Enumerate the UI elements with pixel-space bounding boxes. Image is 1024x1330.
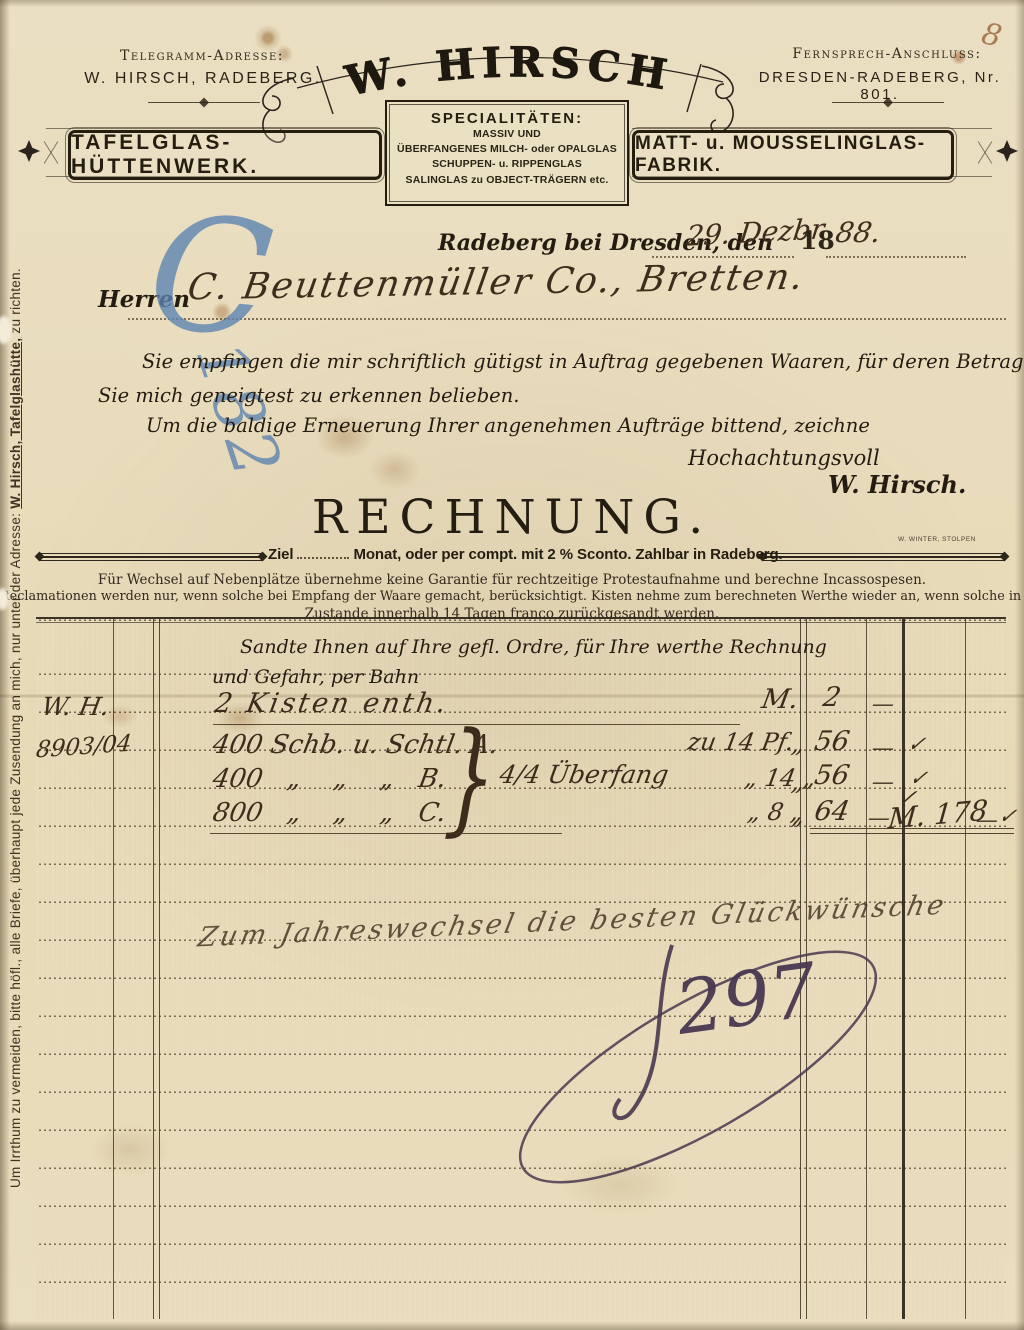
margin-note: Um Irrthum zu vermeiden, bitte höfl., al…	[8, 238, 23, 1188]
row2-checkmark: ✓	[906, 732, 928, 756]
specialties-line: SCHUPPEN- u. RIPPENGLAS	[390, 157, 624, 172]
invoice-scan-page: Telegramm-Adresse: W. HIRSCH, RADEBERG. …	[0, 0, 1024, 1330]
printer-credit: W. WINTER, STOLPEN	[898, 536, 976, 543]
addressee-name-handwritten: C. Beuttenmüller Co., Bretten.	[185, 257, 808, 309]
brace-note: 4/4 Überfang	[497, 760, 670, 789]
specialties-line: MASSIV UND	[390, 127, 624, 142]
right-factory-box: MATT- u. MOUSSELINGLAS-FABRIK.	[632, 130, 954, 180]
body-line1: Sie empfingen die mir schriftlich gütigs…	[142, 350, 1024, 373]
table-column-line	[965, 619, 966, 1319]
invoice-title: RECHNUNG.	[0, 490, 1024, 545]
row4-underline	[210, 833, 562, 834]
table-top-rule	[36, 622, 1006, 623]
row3-pfennig: —	[870, 770, 896, 795]
terms-dotted-gap	[297, 546, 349, 559]
row2-amount: 56	[807, 726, 856, 757]
phone-label: Fernsprech-Anschluss:	[762, 46, 1012, 62]
svg-text:W. HIRSCH: W. HIRSCH	[341, 38, 677, 105]
phone-value: DRESDEN-RADEBERG, Nr. 801.	[740, 69, 1020, 103]
row4-desc: 800 „ „ „ C.	[210, 798, 448, 828]
conditions-line2: Reclamationen werden nur, wenn solche be…	[0, 589, 1024, 604]
dateline-year-printed: 18	[800, 226, 835, 255]
table-column-line-double	[153, 619, 160, 1319]
body-line3: Um die baldige Erneuerung Ihrer angenehm…	[146, 414, 870, 437]
circled-number-mark: 297	[470, 915, 910, 1215]
total-checkmark: ✓	[997, 804, 1019, 828]
specialties-box: SPECIALITÄTEN: MASSIV UND ÜBERFANGENES M…	[385, 100, 629, 206]
row1-currency: M.	[759, 684, 801, 715]
phone-divider	[832, 102, 944, 103]
ornament-left-icon	[18, 140, 40, 162]
specialties-line: SALINGLAS zu OBJECT-TRÄGERN etc.	[390, 173, 624, 188]
row1-desc: 2 Kisten enth.	[212, 688, 451, 719]
row4-amount: 64	[807, 796, 856, 827]
blue-pencil-letter: C	[142, 192, 279, 362]
deco-line	[46, 128, 380, 129]
dateline-dotted-line	[826, 256, 966, 258]
telegram-divider	[148, 102, 260, 103]
row1-mark: W. H.	[39, 692, 111, 721]
row3-amount: 56	[807, 760, 856, 791]
dateline-year-handwritten: 88.	[833, 216, 883, 249]
body-closing: Hochachtungsvoll	[688, 446, 880, 470]
row3-desc: 400 „ „ „ B.	[210, 764, 448, 794]
circled-number: 297	[670, 947, 823, 1052]
body-line2: Sie mich geneigtest zu erkennen belieben…	[98, 384, 519, 407]
grouping-brace: }	[442, 716, 498, 838]
row1-pfennig: —	[870, 692, 896, 717]
margin-note-emphasis: W. Hirsch, Tafelglashütte,	[8, 338, 23, 509]
table-header-line2: und Gefahr, per Bahn	[212, 666, 419, 688]
total-double-underline	[810, 828, 1014, 834]
margin-note-pre: Um Irrthum zu vermeiden, bitte höfl., al…	[8, 509, 23, 1188]
company-name: W. HIRSCH	[341, 38, 677, 105]
ornament-right-icon	[996, 140, 1018, 162]
specialties-title: SPECIALITÄTEN:	[390, 110, 624, 127]
specialties-inner-border: SPECIALITÄTEN: MASSIV UND ÜBERFANGENES M…	[389, 104, 625, 202]
terms-rule-left	[40, 553, 262, 561]
table-header-line1: Sandte Ihnen auf Ihre gefl. Ordre, für I…	[240, 636, 827, 658]
specialties-line: ÜBERFANGENES MILCH- oder OPALGLAS	[390, 142, 624, 157]
table-column-line	[113, 619, 114, 1319]
left-factory-box: TAFELGLAS-HÜTTENWERK.	[68, 130, 382, 180]
terms-rule-right	[762, 553, 1004, 561]
row1-amount: 2	[807, 682, 856, 713]
terms-label: Ziel	[268, 546, 293, 563]
row2-price: zu 14 Pf.	[686, 728, 797, 756]
payment-terms: ZielMonat, oder per compt. mit 2 % Scont…	[268, 546, 760, 563]
terms-rest: Monat, oder per compt. mit 2 % Sconto. Z…	[353, 546, 782, 563]
conditions-line1: Für Wechsel auf Nebenplätze übernehme ke…	[0, 572, 1024, 588]
deco-line	[632, 128, 992, 129]
row2-pfennig: —	[870, 736, 896, 761]
